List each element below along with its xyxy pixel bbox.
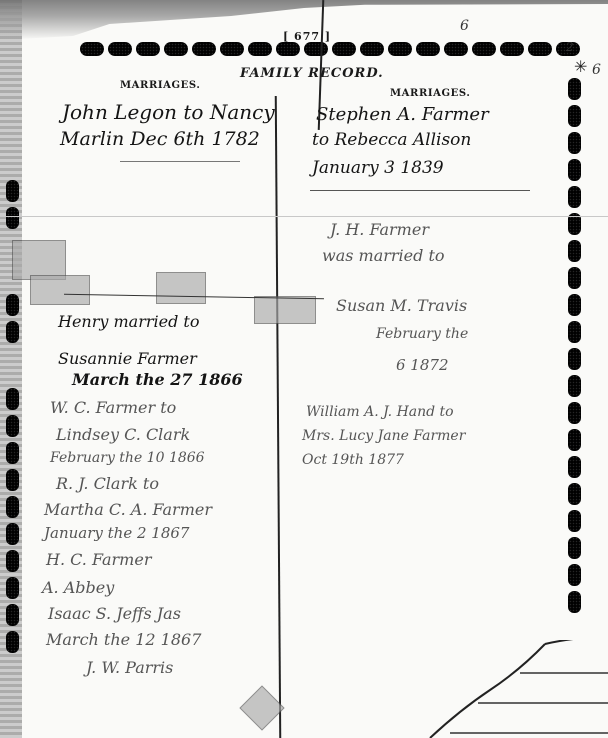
handwritten-entry: February the 10 1866 [50,450,205,466]
handwritten-entry: 6 1872 [396,356,449,374]
right-column-heading: MARRIAGES. [390,88,470,99]
handwritten-entry: Oct 19th 1877 [302,452,404,468]
border-ornament [528,42,552,56]
border-ornament [6,180,19,202]
border-ornament [568,159,581,181]
tape-patch [30,275,90,305]
border-ornament [6,604,19,626]
handwritten-entry: J. H. Farmer [330,220,429,239]
border-ornament [108,42,132,56]
border-ornament [6,388,19,410]
handwritten-entry: to Rebecca Allison [312,130,471,150]
handwritten-entry: John Legon to Nancy [62,100,275,124]
border-ornament [444,42,468,56]
bottom-right-curve [420,640,608,738]
left-column-heading: MARRIAGES. [120,80,200,91]
handwritten-entry: Mrs. Lucy Jane Farmer [302,428,465,444]
border-ornament [568,294,581,316]
border-ornament [568,429,581,451]
handwritten-entry: Martha C. A. Farmer [44,500,212,519]
border-ornament [568,402,581,424]
border-ornament [568,105,581,127]
tape-patch [239,685,284,730]
border-ornament [568,321,581,343]
border-ornament [568,267,581,289]
border-ornament [568,78,581,100]
handwritten-entry: Marlin Dec 6th 1782 [60,128,260,150]
handwritten-entry: Lindsey C. Clark [56,425,190,444]
handwritten-entry: Stephen A. Farmer [316,104,489,125]
handwritten-entry: R. J. Clark to [56,474,159,493]
border-ornament [500,42,524,56]
handwritten-entry: A. Abbey [42,578,114,597]
underline [310,190,530,191]
border-ornament [6,442,19,464]
page-number: [ 677 ] [283,30,331,43]
border-ornament [136,42,160,56]
page-title: FAMILY RECORD. [240,66,384,81]
border-ornament [248,42,272,56]
border-ornament [568,537,581,559]
corner-mark: 2 [566,40,574,54]
handwritten-entry: Henry married to [58,312,199,331]
border-ornament [276,42,300,56]
border-ornament [568,591,581,613]
handwritten-entry: January the 2 1867 [44,524,189,542]
handwritten-entry: February the [376,326,468,342]
tape-patch [12,240,66,280]
border-ornament [220,42,244,56]
border-ornament [6,415,19,437]
corner-mark: 6 [592,62,601,78]
border-ornament [6,523,19,545]
border-ornament [568,240,581,262]
handwritten-entry: H. C. Farmer [46,550,151,569]
border-ornament [6,577,19,599]
corner-star-icon: ✳ [574,57,587,76]
border-ornament [568,510,581,532]
corner-mark: 6 [460,18,469,34]
fold-line [0,216,608,217]
handwritten-entry: was married to [322,246,445,265]
top-ornamental-border [80,42,580,56]
handwritten-entry: Susannie Farmer [58,349,197,368]
border-ornament [6,207,19,229]
handwritten-entry: Susan M. Travis [336,296,467,315]
handwritten-entry: W. C. Farmer to [50,398,176,417]
border-ornament [568,456,581,478]
handwritten-entry: March the 27 1866 [72,370,243,389]
border-ornament [388,42,412,56]
border-ornament [6,321,19,343]
border-ornament [568,132,581,154]
border-ornament [332,42,356,56]
handwritten-entry: J. W. Parris [86,658,173,677]
right-ornamental-border [568,78,581,613]
border-ornament [6,550,19,572]
column-divider [275,96,281,738]
border-ornament [6,631,19,653]
border-ornament [6,469,19,491]
border-ornament [192,42,216,56]
border-ornament [164,42,188,56]
handwritten-entry: William A. J. Hand to [306,404,454,420]
border-ornament [568,564,581,586]
tape-patch [254,296,316,324]
border-ornament [568,483,581,505]
border-ornament [472,42,496,56]
border-ornament [6,496,19,518]
handwritten-entry: March the 12 1867 [46,630,201,649]
border-ornament [568,186,581,208]
border-ornament [6,294,19,316]
family-record-page: ✳ [ [0,0,608,738]
handwritten-entry: January 3 1839 [312,158,444,178]
border-ornament [304,42,328,56]
border-ornament [80,42,104,56]
tape-patch [156,272,206,304]
handwritten-entry: Isaac S. Jeffs Jas [48,604,181,623]
underline [120,161,240,162]
border-ornament [416,42,440,56]
border-ornament [568,375,581,397]
border-ornament [360,42,384,56]
border-ornament [568,348,581,370]
